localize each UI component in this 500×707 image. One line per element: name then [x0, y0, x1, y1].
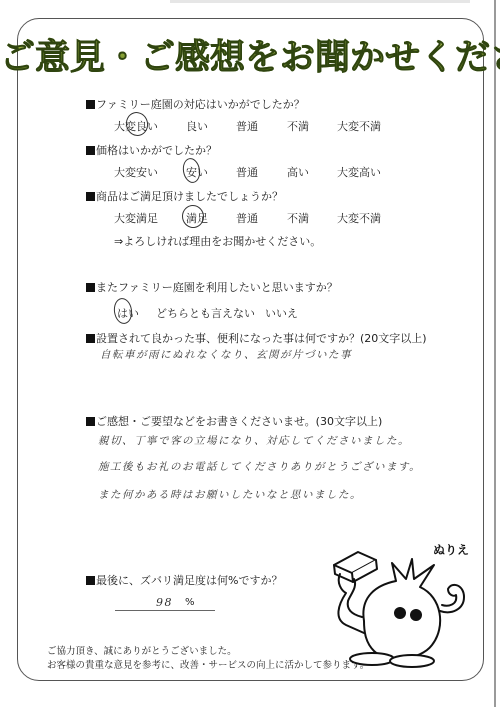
option-normal[interactable]: 普通 — [236, 210, 258, 226]
question-label: 価格はいかがでしたか？ — [96, 144, 217, 157]
question-satisfaction: 最後に、ズバリ満足度は何%ですか？ — [86, 572, 282, 588]
handwritten-answer-benefits[interactable]: 自転車が雨にぬれなくなり、玄関が片づいた事 — [100, 347, 352, 362]
option-very-cheap[interactable]: 大変安い — [114, 164, 158, 180]
option-dissatisfied[interactable]: 不満 — [287, 210, 309, 226]
onion-mascot-icon — [320, 535, 490, 670]
option-neither[interactable]: どちらとも言えない — [156, 305, 255, 321]
question-label: 設置されて良かった事、便利になった事は何ですか？(20文字以上) — [96, 332, 427, 345]
footer-thanks: ご協力頂き、誠にありがとうございました。 — [47, 643, 237, 657]
question-label: 商品はご満足頂けましたでしょうか？ — [96, 190, 283, 203]
handwritten-comment-line[interactable]: 施工後もお礼のお電話してくださりありがとうございます。 — [98, 459, 421, 474]
option-no[interactable]: いいえ — [265, 305, 298, 321]
bullet-square-icon — [86, 192, 95, 201]
question-label: またファミリー庭園を利用したいと思いますか？ — [96, 281, 338, 294]
reason-prompt: ⇒よろしければ理由をお聞かせください。 — [114, 233, 321, 249]
answer-underline — [115, 610, 215, 611]
scan-artifact-top — [170, 0, 470, 3]
page-title: ご意見・ご感想をお聞かせください — [0, 30, 500, 80]
handwritten-comment-line[interactable]: また何かある時はお願いしたいなと思いました。 — [98, 487, 362, 502]
option-very-dissatisfied[interactable]: 大変不満 — [337, 118, 381, 134]
bullet-square-icon — [86, 100, 95, 109]
option-dissatisfied[interactable]: 不満 — [287, 118, 309, 134]
bullet-square-icon — [86, 417, 95, 426]
option-good[interactable]: 良い — [186, 118, 208, 134]
question-service: ファミリー庭園の対応はいかがでしたか？ — [86, 96, 305, 112]
question-benefits: 設置されて良かった事、便利になった事は何ですか？(20文字以上) — [86, 330, 427, 346]
option-normal[interactable]: 普通 — [236, 118, 258, 134]
option-expensive[interactable]: 高い — [287, 164, 309, 180]
question-price: 価格はいかがでしたか？ — [86, 142, 217, 158]
satisfaction-value[interactable]: 98 — [156, 596, 173, 609]
bullet-square-icon — [86, 576, 95, 585]
bullet-square-icon — [86, 146, 95, 155]
option-very-dissatisfied[interactable]: 大変不満 — [337, 210, 381, 226]
question-reuse: またファミリー庭園を利用したいと思いますか？ — [86, 279, 338, 295]
question-label: ご感想・ご要望などをお書きくださいませ。(30文字以上) — [96, 415, 382, 428]
option-very-expensive[interactable]: 大変高い — [337, 164, 381, 180]
bullet-square-icon — [86, 283, 95, 292]
question-label: 最後に、ズバリ満足度は何%ですか？ — [96, 574, 282, 587]
scan-edge — [494, 0, 496, 707]
percent-unit: % — [185, 597, 195, 608]
question-product: 商品はご満足頂けましたでしょうか？ — [86, 188, 283, 204]
question-comments: ご感想・ご要望などをお書きくださいませ。(30文字以上) — [86, 413, 382, 429]
bullet-square-icon — [86, 334, 95, 343]
question-label: ファミリー庭園の対応はいかがでしたか？ — [96, 98, 305, 111]
handwritten-comment-line[interactable]: 親切、丁寧で客の立場になり、対応してくださいました。 — [98, 433, 410, 448]
option-normal[interactable]: 普通 — [236, 164, 258, 180]
option-very-satisfied[interactable]: 大変満足 — [114, 210, 158, 226]
